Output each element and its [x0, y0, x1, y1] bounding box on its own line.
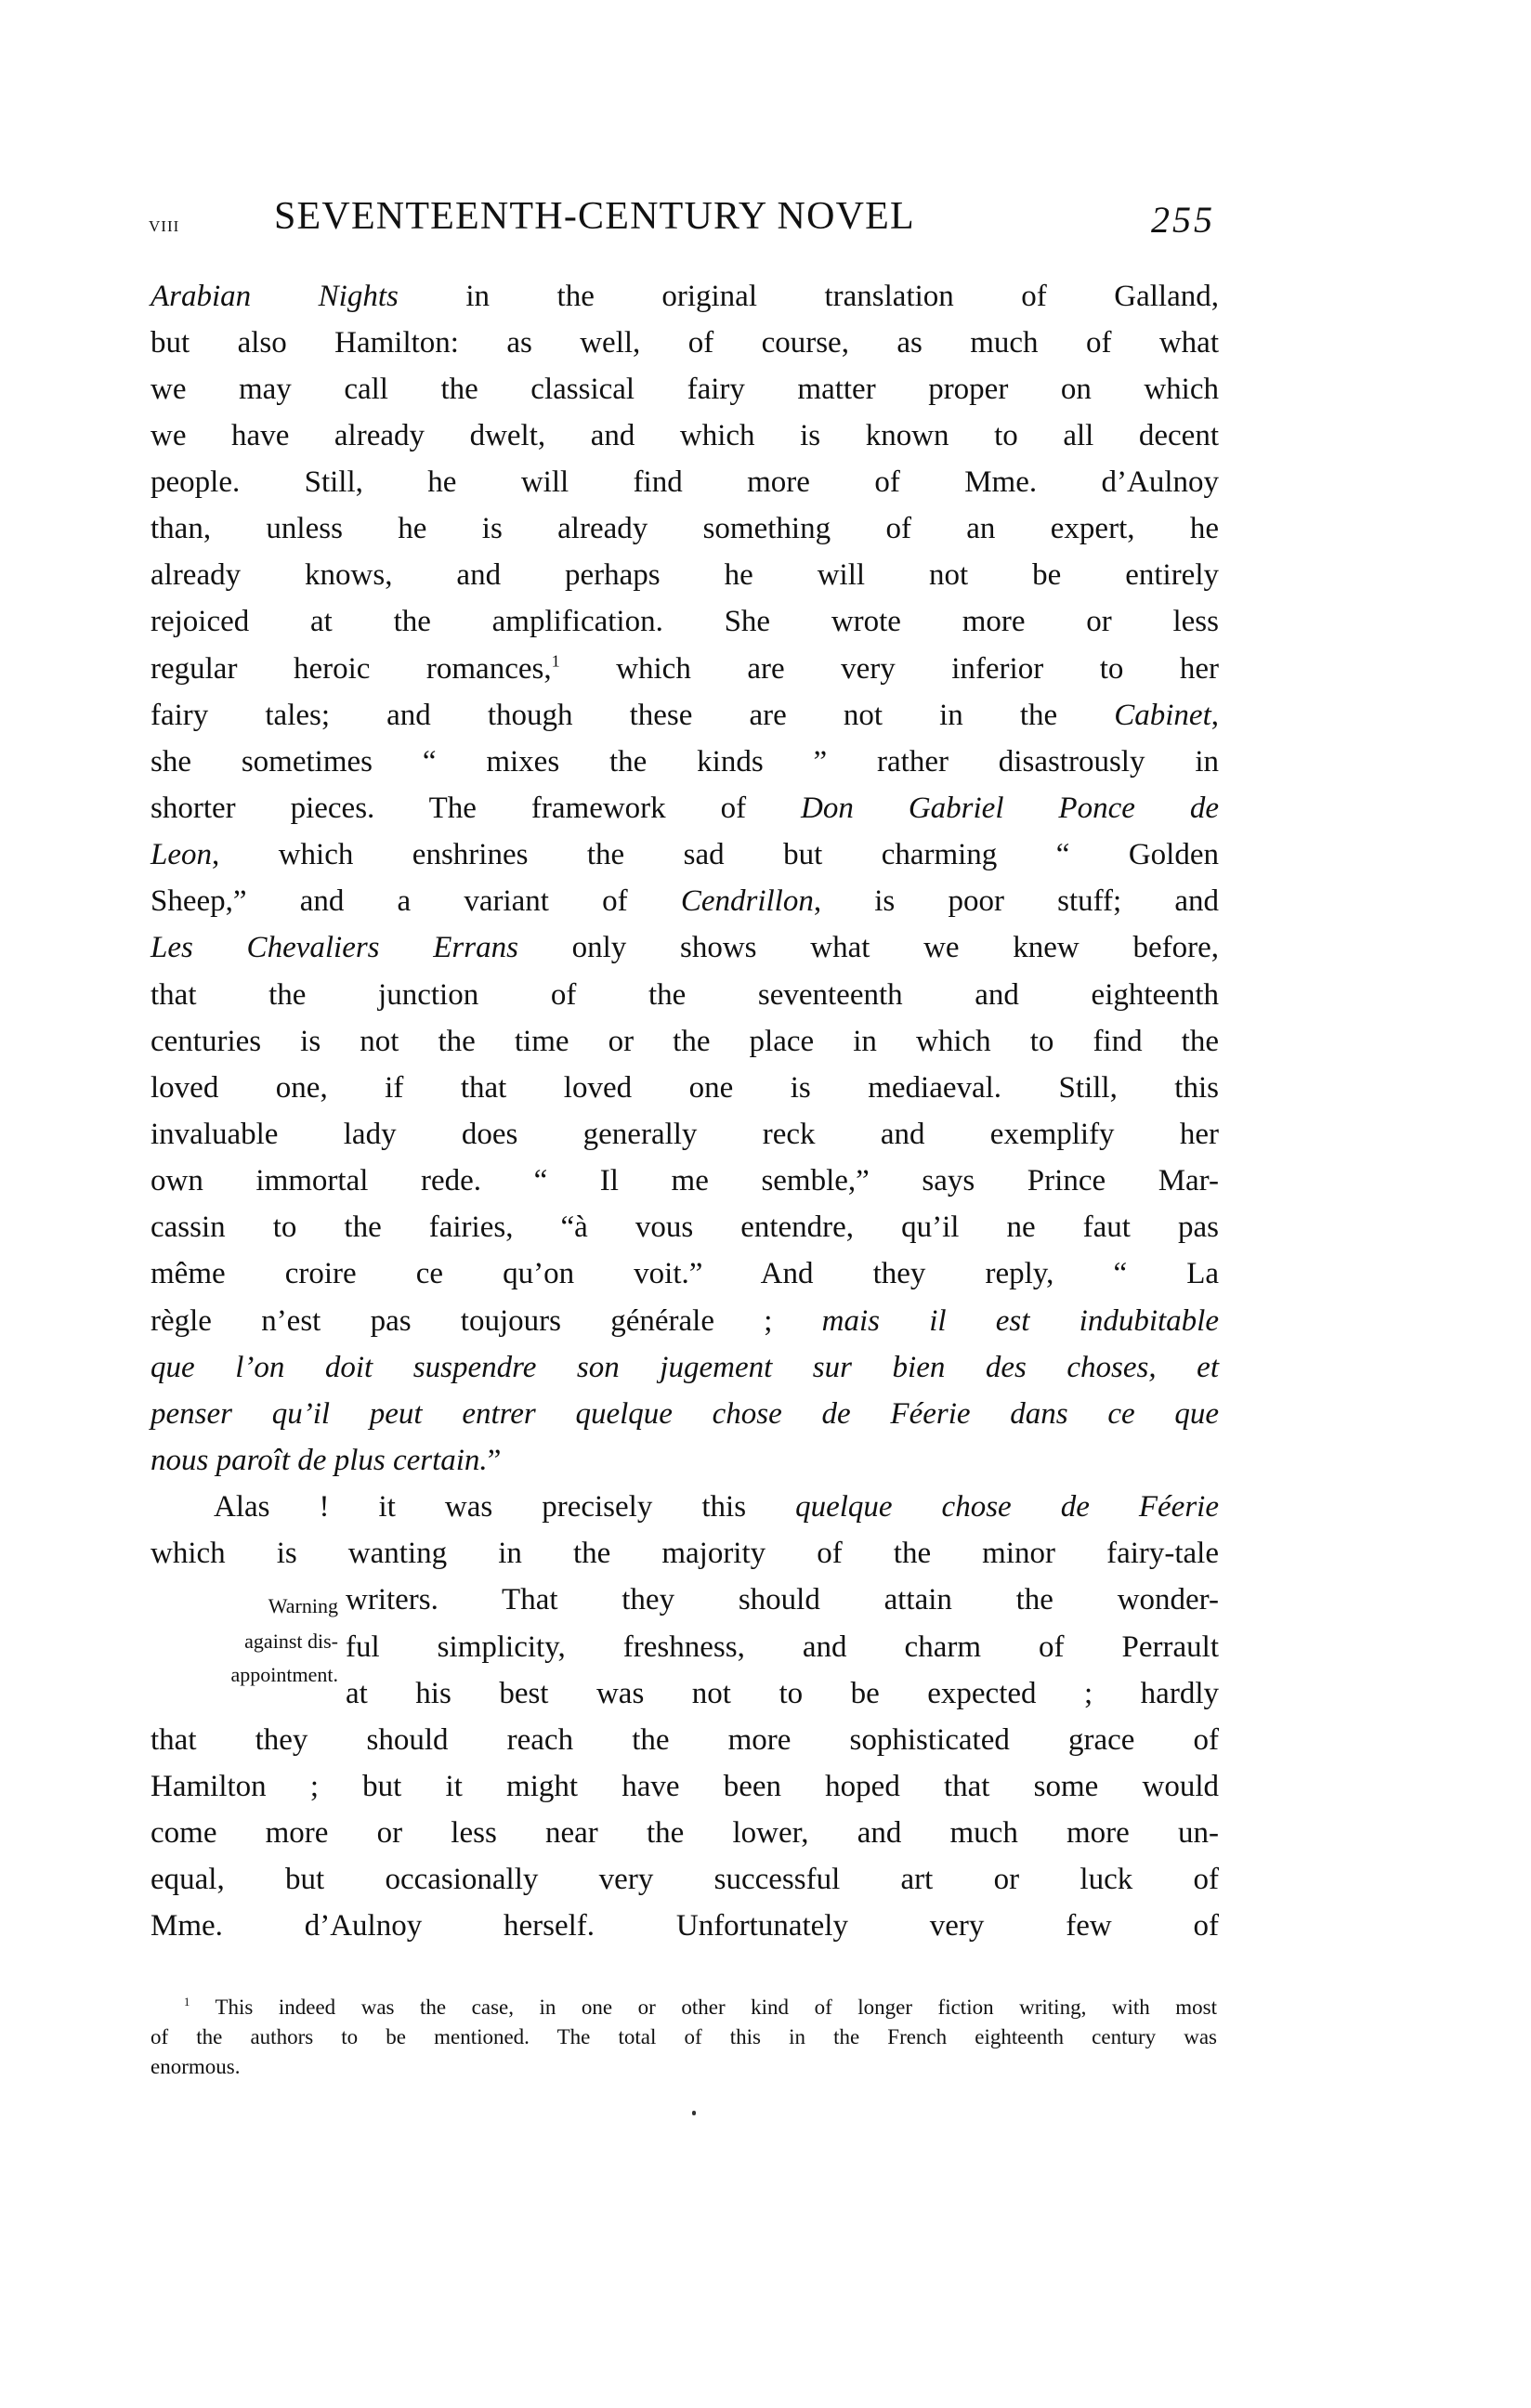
text: that they should reach the more sophisti…: [150, 1723, 1219, 1757]
text: people. Still, he will find more of Mme.…: [150, 465, 1219, 499]
text: regular heroic romances,: [150, 652, 552, 686]
text: ,: [1211, 699, 1219, 732]
italic-text: Cabinet: [1114, 699, 1211, 732]
italic-text: quelque chose de Féerie: [795, 1490, 1219, 1524]
italic-text: Leon: [150, 838, 212, 871]
running-title: SEVENTEENTH-CENTURY NOVEL: [274, 190, 915, 242]
body-line: writers. That they should attain the won…: [346, 1577, 1219, 1623]
body-line: already knows, and perhaps he will not b…: [150, 552, 1219, 598]
text: own immortal rede. “ Il me semble,” says…: [150, 1164, 1219, 1197]
text: but also Hamilton: as well, of course, a…: [150, 326, 1219, 360]
body-line: which is wanting in the majority of the …: [150, 1530, 1219, 1577]
text: we have already dwelt, and which is know…: [150, 419, 1219, 452]
book-page: viii SEVENTEENTH-CENTURY NOVEL 255 Arabi…: [0, 0, 1531, 2408]
text: , which enshrines the sad but charming “…: [212, 838, 1219, 871]
running-head: viii SEVENTEENTH-CENTURY NOVEL 255: [149, 190, 1217, 246]
body-line: we have already dwelt, and which is know…: [150, 412, 1219, 459]
page-number: 255: [1151, 194, 1215, 246]
footnote-line: enormous.: [150, 2052, 1217, 2082]
body-line: come more or less near the lower, and mu…: [150, 1810, 1219, 1856]
italic-text: que l’on doit suspendre son jugement sur…: [150, 1351, 1219, 1384]
text: Alas ! it was precisely this: [214, 1490, 795, 1524]
italic-text: penser qu’il peut entrer quelque chose d…: [150, 1397, 1219, 1431]
body-line: invaluable lady does generally reck and …: [150, 1111, 1219, 1158]
text: we may call the classical fairy matter p…: [150, 373, 1219, 406]
body-line: que l’on doit suspendre son jugement sur…: [150, 1344, 1219, 1391]
body-line: Les Chevaliers Errans only shows what we…: [150, 924, 1219, 971]
body-line: règle n’est pas toujours générale ; mais…: [150, 1298, 1219, 1344]
footnote-reference: 1: [552, 651, 560, 670]
text: come more or less near the lower, and mu…: [150, 1816, 1219, 1850]
footnote-marker: 1: [184, 1996, 190, 2009]
body-line: fairy tales; and though these are not in…: [150, 692, 1219, 739]
italic-text: Arabian Nights: [150, 280, 399, 313]
body-line: equal, but occasionally very successful …: [150, 1856, 1219, 1903]
text: ”: [488, 1444, 502, 1477]
body-line: that they should reach the more sophisti…: [150, 1717, 1219, 1763]
body-line: ful simplicity, freshness, and charm of …: [346, 1624, 1219, 1670]
text: at his best was not to be expected ; har…: [346, 1677, 1219, 1710]
text: which is wanting in the majority of the …: [150, 1537, 1219, 1570]
text: ful simplicity, freshness, and charm of …: [346, 1630, 1219, 1664]
body-line: rejoiced at the amplification. She wrote…: [150, 598, 1219, 645]
body-line: regular heroic romances,1 which are very…: [150, 646, 1219, 692]
text: Hamilton ; but it might have been hoped …: [150, 1770, 1219, 1803]
text: writers. That they should attain the won…: [346, 1583, 1219, 1616]
text: equal, but occasionally very successful …: [150, 1863, 1219, 1896]
body-line: même croire ce qu’on voit.” And they rep…: [150, 1250, 1219, 1297]
body-line: at his best was not to be expected ; har…: [346, 1670, 1219, 1717]
body-line: Leon, which enshrines the sad but charmi…: [150, 831, 1219, 878]
chapter-number: viii: [149, 211, 179, 239]
italic-text: Don Gabriel Ponce de: [801, 792, 1219, 825]
sidenote-line: Warning: [268, 1592, 338, 1620]
body-line: Hamilton ; but it might have been hoped …: [150, 1763, 1219, 1810]
text: même croire ce qu’on voit.” And they rep…: [150, 1257, 1219, 1290]
body-line: people. Still, he will find more of Mme.…: [150, 459, 1219, 505]
body-line: Arabian Nights in the original translati…: [150, 273, 1219, 320]
body-line: that the junction of the seventeenth and…: [150, 972, 1219, 1018]
body-line: own immortal rede. “ Il me semble,” says…: [150, 1158, 1219, 1204]
text: than, unless he is already something of …: [150, 512, 1219, 545]
body-line: loved one, if that loved one is mediaeva…: [150, 1065, 1219, 1111]
body-line: she sometimes “ mixes the kinds ” rather…: [150, 739, 1219, 785]
text: which are very inferior to her: [560, 652, 1219, 686]
text: cassin to the fairies, “à vous entendre,…: [150, 1211, 1219, 1244]
body-line: Mme. d’Aulnoy herself. Unfortunately ver…: [150, 1903, 1219, 1949]
text: rejoiced at the amplification. She wrote…: [150, 605, 1219, 638]
text: only shows what we knew before,: [518, 931, 1219, 964]
footnote-text: This indeed was the case, in one or othe…: [215, 1996, 1217, 2019]
footnote-line: 1 This indeed was the case, in one or ot…: [184, 1993, 1217, 2022]
print-speck: [692, 2111, 696, 2115]
body-line: but also Hamilton: as well, of course, a…: [150, 320, 1219, 366]
text: that the junction of the seventeenth and…: [150, 978, 1219, 1012]
text: Sheep,” and a variant of: [150, 884, 681, 918]
text: invaluable lady does generally reck and …: [150, 1118, 1219, 1151]
sidenote-line: against dis-: [244, 1628, 338, 1655]
footnote-line: of the authors to be mentioned. The tota…: [150, 2022, 1217, 2052]
text: shorter pieces. The framework of: [150, 792, 801, 825]
text: centuries is not the time or the place i…: [150, 1025, 1219, 1058]
italic-text: Cendrillon: [681, 884, 814, 918]
text: in the original translation of Galland,: [399, 280, 1219, 313]
text: Mme. d’Aulnoy herself. Unfortunately ver…: [150, 1909, 1219, 1943]
text: loved one, if that loved one is mediaeva…: [150, 1071, 1219, 1105]
italic-text: nous paroît de plus certain.: [150, 1444, 488, 1477]
body-line: we may call the classical fairy matter p…: [150, 366, 1219, 412]
body-line: Alas ! it was precisely this quelque cho…: [214, 1484, 1219, 1530]
body-line: than, unless he is already something of …: [150, 505, 1219, 552]
sidenote-line: appointment.: [231, 1661, 338, 1689]
text: fairy tales; and though these are not in…: [150, 699, 1114, 732]
body-line: centuries is not the time or the place i…: [150, 1018, 1219, 1065]
italic-text: mais il est indubitable: [822, 1304, 1219, 1338]
text: she sometimes “ mixes the kinds ” rather…: [150, 745, 1219, 779]
body-line: Sheep,” and a variant of Cendrillon, is …: [150, 878, 1219, 924]
text: règle n’est pas toujours générale ;: [150, 1304, 822, 1338]
body-line: shorter pieces. The framework of Don Gab…: [150, 785, 1219, 831]
italic-text: Les Chevaliers Errans: [150, 931, 518, 964]
body-line: nous paroît de plus certain.”: [150, 1437, 1219, 1484]
body-line: cassin to the fairies, “à vous entendre,…: [150, 1204, 1219, 1250]
text: already knows, and perhaps he will not b…: [150, 558, 1219, 592]
text: , is poor stuff; and: [814, 884, 1219, 918]
body-line: penser qu’il peut entrer quelque chose d…: [150, 1391, 1219, 1437]
